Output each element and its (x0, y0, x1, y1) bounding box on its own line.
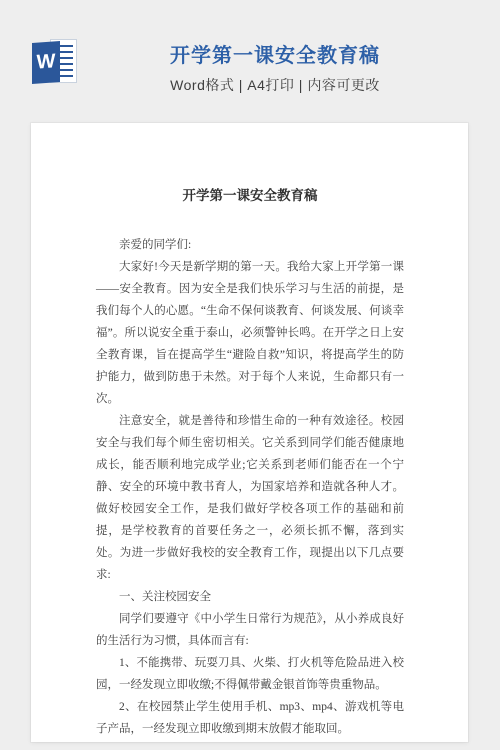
document-content: 开学第一课安全教育稿 亲爱的同学们:大家好!今天是新学期的第一天。我给大家上开学… (96, 123, 404, 740)
page-subtitle: Word格式 | A4打印 | 内容可更改 (60, 75, 490, 95)
doc-paragraph: 注意安全，就是善待和珍惜生命的一种有效途径。校园安全与我们每个师生密切相关。它关… (96, 410, 404, 586)
document-page: 开学第一课安全教育稿 亲爱的同学们:大家好!今天是新学期的第一天。我给大家上开学… (31, 123, 468, 742)
doc-paragraph: 同学们要遵守《中小学生日常行为规范》，从小养成良好的生活行为习惯，具体而言有: (96, 608, 404, 652)
doc-paragraph: 一、关注校园安全 (96, 586, 404, 608)
doc-paragraph: 2、在校园禁止学生使用手机、mp3、mp4、游戏机等电子产品，一经发现立即收缴到… (96, 696, 404, 740)
template-preview-screen: W 开学第一课安全教育稿 Word格式 | A4打印 | 内容可更改 开学第一课… (0, 0, 500, 750)
page-title: 开学第一课安全教育稿 (60, 43, 490, 69)
doc-paragraph: 大家好!今天是新学期的第一天。我给大家上开学第一课——安全教育。因为安全是我们快… (96, 256, 404, 410)
doc-paragraph: 亲爱的同学们: (96, 234, 404, 256)
word-icon-letter: W (32, 41, 60, 84)
doc-paragraphs: 亲爱的同学们:大家好!今天是新学期的第一天。我给大家上开学第一课——安全教育。因… (96, 234, 404, 740)
header: 开学第一课安全教育稿 Word格式 | A4打印 | 内容可更改 (60, 43, 490, 95)
document-title: 开学第一课安全教育稿 (96, 185, 404, 207)
doc-paragraph: 1、不能携带、玩耍刀具、火柴、打火机等危险品进入校园，一经发现立即收缴;不得佩带… (96, 652, 404, 696)
